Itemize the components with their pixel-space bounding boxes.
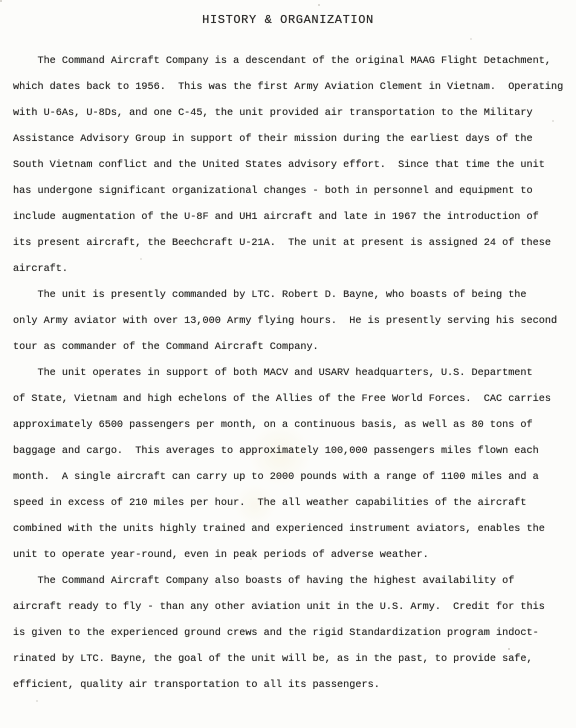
text-line: which dates back to 1956. This was the f… — [13, 75, 569, 101]
text-line: unit to operate year-round, even in peak… — [13, 543, 569, 569]
text-line: combined with the units highly trained a… — [13, 517, 569, 543]
text-line: The Command Aircraft Company is a descen… — [13, 49, 569, 75]
text-line: Assistance Advisory Group in support of … — [13, 127, 569, 153]
text-line: The unit operates in support of both MAC… — [13, 361, 569, 387]
text-line: rinated by LTC. Bayne, the goal of the u… — [13, 647, 569, 673]
text-line: speed in excess of 210 miles per hour. T… — [13, 491, 569, 517]
document-page: HISTORY & ORGANIZATION The Command Aircr… — [0, 0, 576, 728]
text-line: with U-6As, U-8Ds, and one C-45, the uni… — [13, 101, 569, 127]
text-line: its present aircraft, the Beechcraft U-2… — [13, 231, 569, 257]
text-line: aircraft. — [13, 257, 569, 283]
text-line: efficient, quality air transportation to… — [13, 673, 569, 699]
document-title: HISTORY & ORGANIZATION — [0, 13, 576, 27]
text-line: include augmentation of the U-8F and UH1… — [13, 205, 569, 231]
text-line: of State, Vietnam and high echelons of t… — [13, 387, 569, 413]
text-line: only Army aviator with over 13,000 Army … — [13, 309, 569, 335]
text-line: aircraft ready to fly - than any other a… — [13, 595, 569, 621]
text-line: The unit is presently commanded by LTC. … — [13, 283, 569, 309]
text-line: approximately 6500 passengers per month,… — [13, 413, 569, 439]
text-line: month. A single aircraft can carry up to… — [13, 465, 569, 491]
text-line: tour as commander of the Command Aircraf… — [13, 335, 569, 361]
text-line: The Command Aircraft Company also boasts… — [13, 569, 569, 595]
document-body: The Command Aircraft Company is a descen… — [13, 49, 569, 699]
text-line: has undergone significant organizational… — [13, 179, 569, 205]
text-line: South Vietnam conflict and the United St… — [13, 153, 569, 179]
text-line: baggage and cargo. This averages to appr… — [13, 439, 569, 465]
text-line: is given to the experienced ground crews… — [13, 621, 569, 647]
